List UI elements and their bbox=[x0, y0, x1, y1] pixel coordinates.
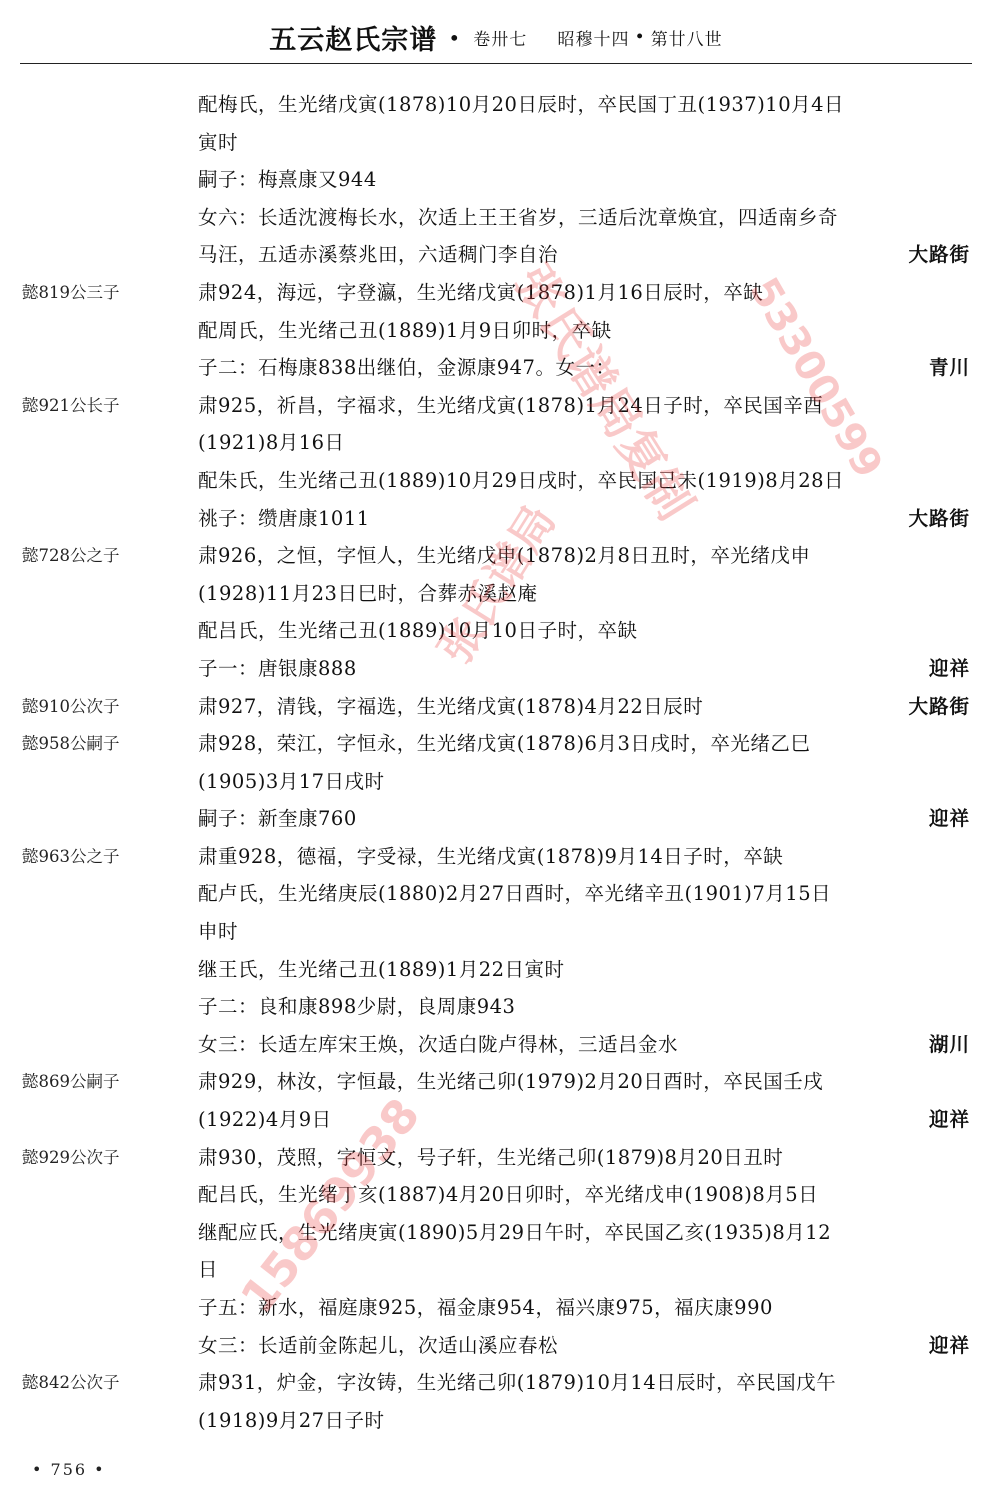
entry-line: 申时 bbox=[0, 913, 992, 951]
residence-place: 迎祥 bbox=[929, 1327, 970, 1365]
entry-line: 配梅氏，生光绪戊寅(1878)10月20日辰时，卒民国丁丑(1937)10月4日 bbox=[0, 86, 992, 124]
entry-line: 子二：石梅康838出继伯，金源康947。女一：青川 bbox=[0, 349, 992, 387]
entry-line: (1905)3月17日戌时 bbox=[0, 763, 992, 801]
entry-text: 肃929，林汝，字恒最，生光绪己卯(1979)2月20日酉时，卒民国壬戌 bbox=[198, 1063, 970, 1101]
entry-text: 肃930，茂照，字恒文，号子轩，生光绪己卯(1879)8月20日丑时 bbox=[198, 1139, 970, 1177]
entry-text: 肃928，荣江，字恒永，生光绪戊寅(1878)6月3日戌时，卒光绪乙巳 bbox=[198, 725, 970, 763]
entry-line: 懿958公嗣子肃928，荣江，字恒永，生光绪戊寅(1878)6月3日戌时，卒光绪… bbox=[0, 725, 992, 763]
entry-text: 子二：石梅康838出继伯，金源康947。女一： bbox=[198, 349, 970, 387]
entry-text: 子一：唐银康888 bbox=[198, 650, 970, 688]
parent-reference: 懿728公之子 bbox=[22, 537, 120, 575]
section-label: 昭穆十四 bbox=[557, 30, 629, 50]
entry-line: 祧子：缵唐康1011大路街 bbox=[0, 500, 992, 538]
entry-text: 肃925，祈昌，字福求，生光绪戊寅(1878)1月24日子时，卒民国辛酉 bbox=[198, 387, 970, 425]
residence-place: 迎祥 bbox=[929, 800, 970, 838]
entry-line: 继王氏，生光绪己丑(1889)1月22日寅时 bbox=[0, 951, 992, 989]
page-header: 五云赵氏宗谱 • 卷卅七 昭穆十四 • 第廿八世 bbox=[0, 18, 992, 58]
entry-text: 继王氏，生光绪己丑(1889)1月22日寅时 bbox=[198, 951, 970, 989]
entry-line: 寅时 bbox=[0, 124, 992, 162]
book-title: 五云赵氏宗谱 bbox=[269, 25, 437, 56]
residence-place: 大路街 bbox=[908, 236, 970, 274]
entry-text: 配周氏，生光绪己丑(1889)1月9日卯时，卒缺 bbox=[198, 312, 970, 350]
entry-line: 懿910公次子肃927，清钱，字福选，生光绪戊寅(1878)4月22日辰时大路街 bbox=[0, 688, 992, 726]
entry-line: 懿869公嗣子肃929，林汝，字恒最，生光绪己卯(1979)2月20日酉时，卒民… bbox=[0, 1063, 992, 1101]
entry-line: 日 bbox=[0, 1251, 992, 1289]
residence-place: 大路街 bbox=[908, 688, 970, 726]
entry-text: 嗣子：梅熹康又944 bbox=[198, 161, 970, 199]
entry-line: 子五：新水，福庭康925，福金康954，福兴康975，福庆康990 bbox=[0, 1289, 992, 1327]
entry-text: 寅时 bbox=[198, 124, 970, 162]
header-separator: • bbox=[448, 26, 460, 50]
parent-reference: 懿910公次子 bbox=[22, 688, 120, 726]
entry-text: 申时 bbox=[198, 913, 970, 951]
genealogy-entries: 配梅氏，生光绪戊寅(1878)10月20日辰时，卒民国丁丑(1937)10月4日… bbox=[0, 86, 992, 1439]
residence-place: 大路街 bbox=[908, 500, 970, 538]
entry-line: 子二：良和康898少尉，良周康943 bbox=[0, 988, 992, 1026]
header-separator-2: • bbox=[635, 28, 646, 48]
entry-line: 配吕氏，生光绪丁亥(1887)4月20日卯时，卒光绪戊申(1908)8月5日 bbox=[0, 1176, 992, 1214]
entry-line: 配周氏，生光绪己丑(1889)1月9日卯时，卒缺 bbox=[0, 312, 992, 350]
parent-reference: 懿963公之子 bbox=[22, 838, 120, 876]
entry-line: 女六：长适沈渡梅长水，次适上王王省岁，三适后沈章焕宜，四适南乡奇 bbox=[0, 199, 992, 237]
header-rule bbox=[20, 63, 972, 64]
entry-line: 女三：长适左库宋王焕，次适白陇卢得林，三适吕金水湖川 bbox=[0, 1026, 992, 1064]
entry-text: 肃926，之恒，字恒人，生光绪戊申(1878)2月8日丑时，卒光绪戊申 bbox=[198, 537, 970, 575]
volume-label: 卷卅七 bbox=[473, 30, 527, 50]
entry-text: (1928)11月23日巳时，合葬赤溪赵庵 bbox=[198, 575, 970, 613]
entry-text: 女三：长适左库宋王焕，次适白陇卢得林，三适吕金水 bbox=[198, 1026, 970, 1064]
entry-text: 日 bbox=[198, 1251, 970, 1289]
entry-text: 女三：长适前金陈起儿，次适山溪应春松 bbox=[198, 1327, 970, 1365]
entry-text: (1921)8月16日 bbox=[198, 424, 970, 462]
generation-label: 第廿八世 bbox=[651, 30, 723, 50]
entry-line: 女三：长适前金陈起儿，次适山溪应春松迎祥 bbox=[0, 1327, 992, 1365]
entry-text: 子五：新水，福庭康925，福金康954，福兴康975，福庆康990 bbox=[198, 1289, 970, 1327]
entry-line: (1921)8月16日 bbox=[0, 424, 992, 462]
entry-text: (1918)9月27日子时 bbox=[198, 1402, 970, 1440]
entry-text: 配朱氏，生光绪己丑(1889)10月29日戌时，卒民国己未(1919)8月28日 bbox=[198, 462, 970, 500]
entry-line: 继配应氏，生光绪庚寅(1890)5月29日午时，卒民国乙亥(1935)8月12 bbox=[0, 1214, 992, 1252]
entry-text: 肃重928，德福，字受禄，生光绪戊寅(1878)9月14日子时，卒缺 bbox=[198, 838, 970, 876]
entry-line: 马汪，五适赤溪蔡兆田，六适稠门李自治大路街 bbox=[0, 236, 992, 274]
entry-line: 懿929公次子肃930，茂照，字恒文，号子轩，生光绪己卯(1879)8月20日丑… bbox=[0, 1139, 992, 1177]
entry-text: 祧子：缵唐康1011 bbox=[198, 500, 970, 538]
parent-reference: 懿929公次子 bbox=[22, 1139, 120, 1177]
page-number: • 756 • bbox=[32, 1460, 106, 1479]
entry-text: 配吕氏，生光绪丁亥(1887)4月20日卯时，卒光绪戊申(1908)8月5日 bbox=[198, 1176, 970, 1214]
entry-line: 嗣子：新奎康760迎祥 bbox=[0, 800, 992, 838]
entry-line: (1928)11月23日巳时，合葬赤溪赵庵 bbox=[0, 575, 992, 613]
entry-line: 配朱氏，生光绪己丑(1889)10月29日戌时，卒民国己未(1919)8月28日 bbox=[0, 462, 992, 500]
entry-line: 配吕氏，生光绪己丑(1889)10月10日子时，卒缺 bbox=[0, 612, 992, 650]
entry-text: 马汪，五适赤溪蔡兆田，六适稠门李自治 bbox=[198, 236, 970, 274]
entry-line: 嗣子：梅熹康又944 bbox=[0, 161, 992, 199]
entry-line: (1922)4月9日迎祥 bbox=[0, 1101, 992, 1139]
entry-line: (1918)9月27日子时 bbox=[0, 1402, 992, 1440]
residence-place: 青川 bbox=[929, 349, 970, 387]
entry-text: 肃927，清钱，字福选，生光绪戊寅(1878)4月22日辰时 bbox=[198, 688, 970, 726]
parent-reference: 懿819公三子 bbox=[22, 274, 120, 312]
entry-text: 嗣子：新奎康760 bbox=[198, 800, 970, 838]
entry-text: 肃931，炉金，字汝铸，生光绪己卯(1879)10月14日辰时，卒民国戊午 bbox=[198, 1364, 970, 1402]
entry-line: 懿842公次子肃931，炉金，字汝铸，生光绪己卯(1879)10月14日辰时，卒… bbox=[0, 1364, 992, 1402]
entry-text: 女六：长适沈渡梅长水，次适上王王省岁，三适后沈章焕宜，四适南乡奇 bbox=[198, 199, 970, 237]
entry-line: 懿728公之子肃926，之恒，字恒人，生光绪戊申(1878)2月8日丑时，卒光绪… bbox=[0, 537, 992, 575]
residence-place: 迎祥 bbox=[929, 650, 970, 688]
entry-line: 配卢氏，生光绪庚辰(1880)2月27日酉时，卒光绪辛丑(1901)7月15日 bbox=[0, 875, 992, 913]
entry-text: 配卢氏，生光绪庚辰(1880)2月27日酉时，卒光绪辛丑(1901)7月15日 bbox=[198, 875, 970, 913]
entry-line: 子一：唐银康888迎祥 bbox=[0, 650, 992, 688]
entry-text: (1905)3月17日戌时 bbox=[198, 763, 970, 801]
entry-line: 懿819公三子肃924，海远，字登瀛，生光绪戊寅(1878)1月16日辰时，卒缺 bbox=[0, 274, 992, 312]
entry-text: 肃924，海远，字登瀛，生光绪戊寅(1878)1月16日辰时，卒缺 bbox=[198, 274, 970, 312]
residence-place: 迎祥 bbox=[929, 1101, 970, 1139]
entry-text: 继配应氏，生光绪庚寅(1890)5月29日午时，卒民国乙亥(1935)8月12 bbox=[198, 1214, 970, 1252]
parent-reference: 懿921公长子 bbox=[22, 387, 120, 425]
residence-place: 湖川 bbox=[929, 1026, 970, 1064]
parent-reference: 懿869公嗣子 bbox=[22, 1063, 120, 1101]
parent-reference: 懿958公嗣子 bbox=[22, 725, 120, 763]
parent-reference: 懿842公次子 bbox=[22, 1364, 120, 1402]
entry-line: 懿963公之子肃重928，德福，字受禄，生光绪戊寅(1878)9月14日子时，卒… bbox=[0, 838, 992, 876]
entry-text: 配吕氏，生光绪己丑(1889)10月10日子时，卒缺 bbox=[198, 612, 970, 650]
entry-line: 懿921公长子肃925，祈昌，字福求，生光绪戊寅(1878)1月24日子时，卒民… bbox=[0, 387, 992, 425]
entry-text: (1922)4月9日 bbox=[198, 1101, 970, 1139]
entry-text: 子二：良和康898少尉，良周康943 bbox=[198, 988, 970, 1026]
entry-text: 配梅氏，生光绪戊寅(1878)10月20日辰时，卒民国丁丑(1937)10月4日 bbox=[198, 86, 970, 124]
